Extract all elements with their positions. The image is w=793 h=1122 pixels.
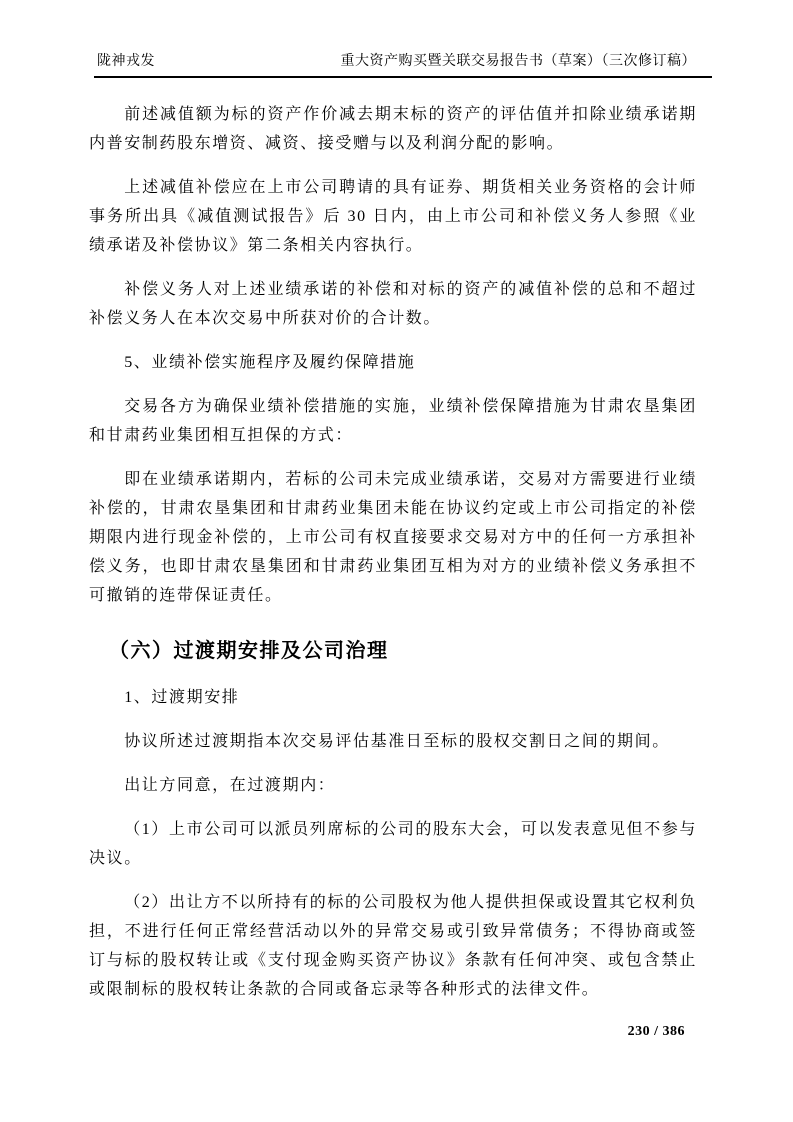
subsection-heading: 5、业绩补偿实施程序及履约保障措施 xyxy=(89,348,697,377)
paragraph: 补偿义务人对上述业绩承诺的补偿和对标的资产的减值补偿的总和不超过补偿义务人在本次… xyxy=(89,275,697,333)
paragraph: 上述减值补偿应在上市公司聘请的具有证券、期货相关业务资格的会计师事务所出具《减值… xyxy=(89,173,697,260)
paragraph: 前述减值额为标的资产作价减去期末标的资产的评估值并扣除业绩承诺期内普安制药股东增… xyxy=(89,100,697,158)
page-number: 230 / 386 xyxy=(628,1024,685,1040)
document-body: 前述减值额为标的资产作价减去期末标的资产的评估值并扣除业绩承诺期内普安制药股东增… xyxy=(89,100,697,1019)
header-left-title: 陇神戎发 xyxy=(97,52,155,72)
header-rule xyxy=(94,76,712,78)
paragraph: 出让方同意，在过渡期内： xyxy=(89,771,697,800)
paragraph: （1）上市公司可以派员列席标的公司的股东大会，可以发表意见但不参与决议。 xyxy=(89,815,697,873)
section-heading: （六）过渡期安排及公司治理 xyxy=(109,638,697,664)
page-header: 陇神戎发 重大资产购买暨关联交易报告书（草案）（三次修订稿） xyxy=(97,52,696,72)
subsection-heading: 1、过渡期安排 xyxy=(89,683,697,712)
paragraph: 协议所述过渡期指本次交易评估基准日至标的股权交割日之间的期间。 xyxy=(89,727,697,756)
document-page: 陇神戎发 重大资产购买暨关联交易报告书（草案）（三次修订稿） 前述减值额为标的资… xyxy=(0,0,793,1122)
paragraph: （2）出让方不以所持有的标的公司股权为他人提供担保或设置其它权利负担，不进行任何… xyxy=(89,888,697,1004)
paragraph: 交易各方为确保业绩补偿措施的实施，业绩补偿保障措施为甘肃农垦集团和甘肃药业集团相… xyxy=(89,392,697,450)
paragraph: 即在业绩承诺期内，若标的公司未完成业绩承诺，交易对方需要进行业绩补偿的，甘肃农垦… xyxy=(89,465,697,610)
header-right-title: 重大资产购买暨关联交易报告书（草案）（三次修订稿） xyxy=(341,52,697,72)
